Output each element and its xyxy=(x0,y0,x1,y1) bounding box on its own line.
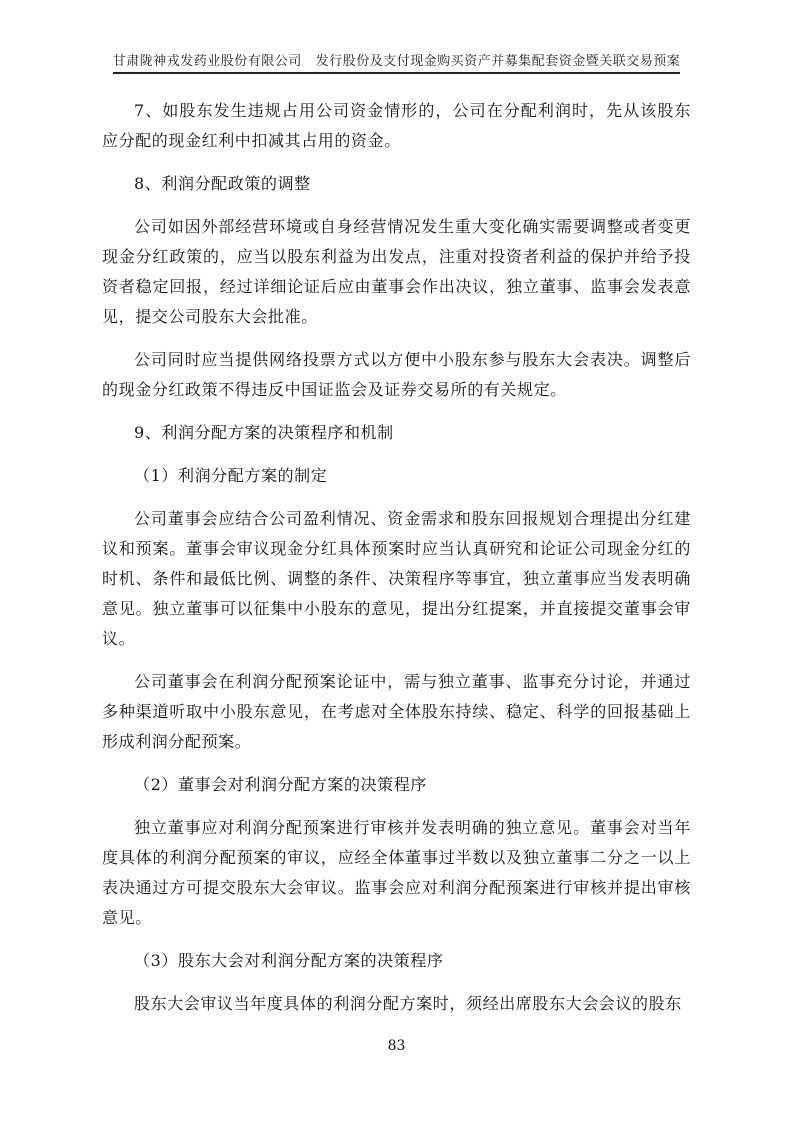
document-title: 发行股份及支付现金购买资产并募集配套资金暨关联交易预案 xyxy=(316,54,681,69)
page-number: 83 xyxy=(388,1038,406,1054)
page-header: 甘肃陇神戎发药业股份有限公司发行股份及支付现金购买资产并募集配套资金暨关联交易预… xyxy=(100,50,693,74)
document-page: 甘肃陇神戎发药业股份有限公司发行股份及支付现金购买资产并募集配套资金暨关联交易预… xyxy=(0,0,793,1122)
paragraph: 公司同时应当提供网络投票方式以方便中小股东参与股东大会表决。调整后的现金分红政策… xyxy=(102,345,691,405)
paragraph: 公司如因外部经营环境或自身经营情况发生重大变化确实需要调整或者变更现金分红政策的… xyxy=(102,212,691,332)
section-heading: （2）董事会对利润分配方案的决策程序 xyxy=(102,770,691,800)
paragraph: 独立董事应对利润分配预案进行审核并发表明确的独立意见。董事会对当年度具体的利润分… xyxy=(102,813,691,933)
page-header-text: 甘肃陇神戎发药业股份有限公司发行股份及支付现金购买资产并募集配套资金暨关联交易预… xyxy=(113,50,681,74)
section-heading: 8、利润分配政策的调整 xyxy=(102,169,691,199)
document-body: 7、如股东发生违规占用公司资金情形的，公司在分配利润时，先从该股东应分配的现金红… xyxy=(102,96,691,1019)
section-heading: （1）利润分配方案的制定 xyxy=(102,461,691,491)
paragraph: 公司董事会应结合公司盈利情况、资金需求和股东回报规划合理提出分红建议和预案。董事… xyxy=(102,504,691,654)
paragraph: 7、如股东发生违规占用公司资金情形的，公司在分配利润时，先从该股东应分配的现金红… xyxy=(102,96,691,156)
paragraph: 公司董事会在利润分配预案论证中，需与独立董事、监事充分讨论，并通过多种渠道听取中… xyxy=(102,667,691,757)
paragraph: 股东大会审议当年度具体的利润分配方案时，须经出席股东大会会议的股东 xyxy=(102,989,691,1019)
section-heading: 9、利润分配方案的决策程序和机制 xyxy=(102,418,691,448)
page-footer: 83 xyxy=(0,1038,793,1054)
company-name: 甘肃陇神戎发药业股份有限公司 xyxy=(113,54,302,69)
section-heading: （3）股东大会对利润分配方案的决策程序 xyxy=(102,946,691,976)
